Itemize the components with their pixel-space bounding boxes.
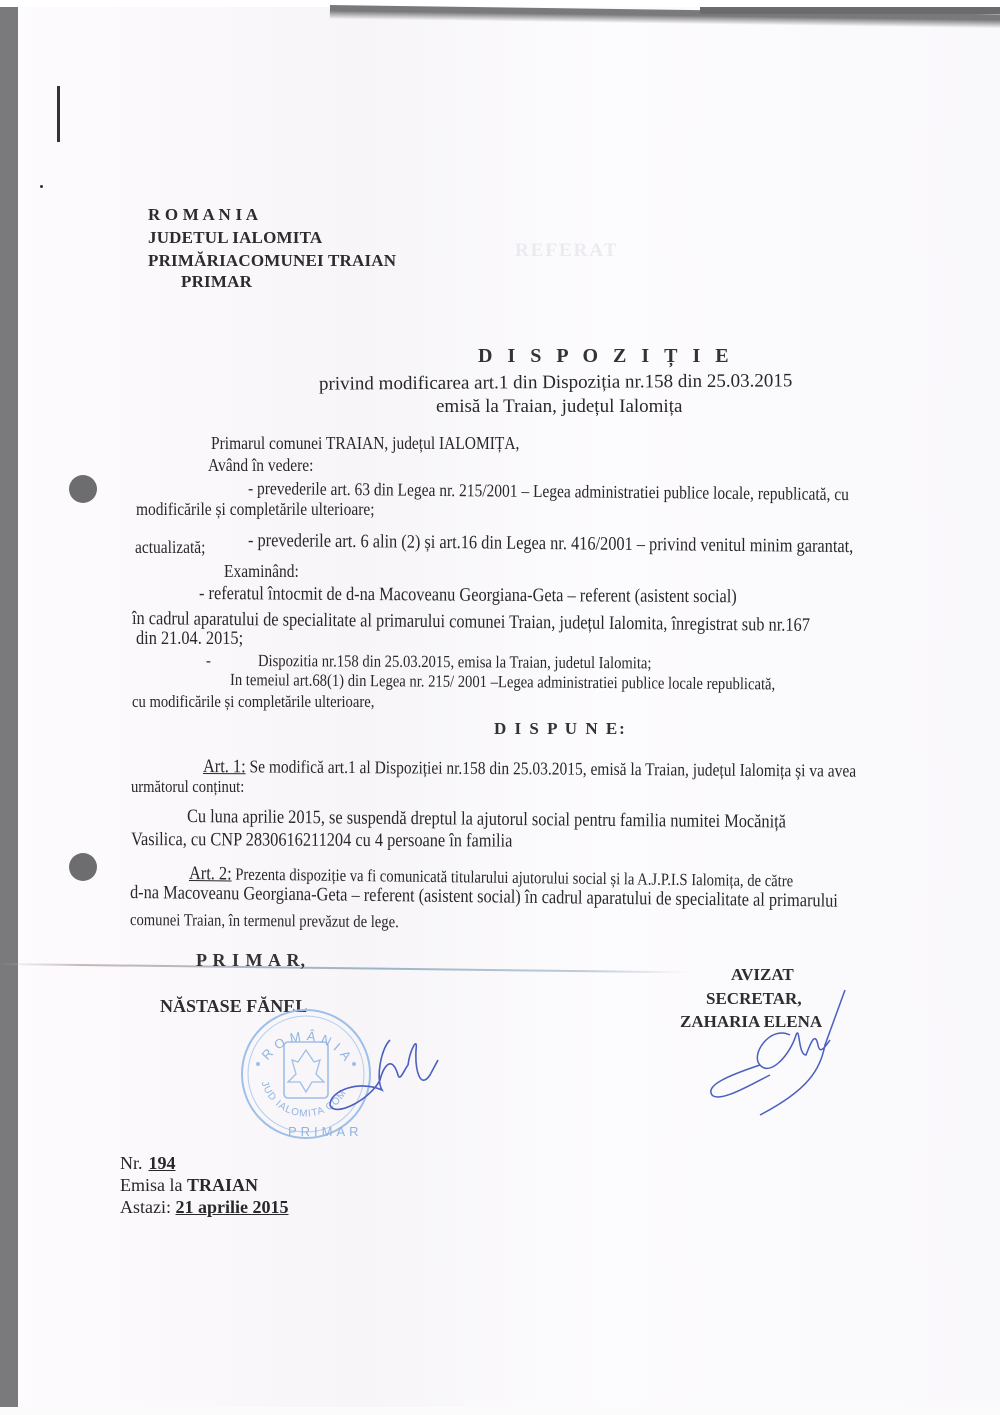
number-label: Nr. — [120, 1153, 143, 1173]
header-country: R O M A N I A — [148, 205, 258, 225]
art2-line3: comunei Traian, în termenul prevăzut de … — [130, 910, 399, 932]
stamp-bottom-text: PRIMAR — [288, 1124, 363, 1139]
number-line: Nr.194 — [120, 1153, 176, 1174]
ref2-line2: actualizată; — [135, 537, 205, 558]
header-institution: PRIMĂRIACOMUNEI TRAIAN — [148, 251, 396, 271]
mayor-line: Primarul comunei TRAIAN, județul IALOMIȚ… — [211, 433, 519, 454]
header-county: JUDETUL IALOMITA — [148, 228, 322, 248]
ghost-heading: REFERAT — [515, 240, 618, 262]
scan-left-edge — [0, 0, 18, 1408]
date-value: 21 aprilie 2015 — [176, 1197, 289, 1217]
secretary-signature — [700, 985, 850, 1135]
art1-text: Se modifică art.1 al Dispoziției nr.158 … — [246, 756, 857, 780]
mayor-signature — [320, 1020, 440, 1120]
ref3-line3: din 21.04. 2015; — [136, 628, 243, 650]
punch-hole-bottom — [69, 853, 97, 881]
examining-label: Examinând: — [224, 561, 299, 582]
issued-label: Emisa la — [120, 1175, 187, 1195]
number-value: 194 — [149, 1153, 176, 1173]
document-subtitle-line2: emisă la Traian, județul Ialomița — [436, 396, 682, 418]
decision-heading: D I S P U N E: — [494, 719, 627, 739]
ref1-line2: modificările și completările ulterioare; — [136, 499, 375, 520]
header-office: PRIMAR — [181, 272, 252, 292]
approved-label: AVIZAT — [731, 965, 794, 985]
date-label: Astazi: — [120, 1197, 176, 1217]
art1-line2: următorul conținut: — [131, 777, 244, 797]
document-subtitle-line1: privind modificarea art.1 din Dispoziția… — [319, 370, 792, 395]
art1-label: Art. 1: — [203, 756, 246, 777]
scan-bottom-margin — [0, 1407, 1000, 1415]
considering-label: Având în vedere: — [208, 455, 313, 476]
punch-hole-top — [69, 475, 97, 503]
document-title: D I S P O Z I Ț I E — [478, 345, 734, 368]
issued-place: TRAIAN — [187, 1175, 258, 1195]
date-line: Astazi: 21 aprilie 2015 — [120, 1197, 289, 1218]
scan-top-margin — [0, 0, 1000, 7]
staple-mark — [57, 86, 60, 142]
speck — [40, 185, 43, 188]
art1-line1: Art. 1: Se modifică art.1 al Dispoziției… — [203, 756, 856, 783]
ref3-line1: - referatul întocmit de d-na Macoveanu G… — [199, 583, 737, 608]
mayor-title: P R I M A R, — [196, 950, 306, 971]
ref4-dash: - — [206, 651, 211, 671]
art1-content-line2: Vasilica, cu CNP 2830616211204 cu 4 pers… — [131, 829, 512, 853]
basis-line2: cu modificările și completările ulterioa… — [132, 692, 374, 712]
scan-top-shadow-right — [700, 7, 1000, 14]
art2-label: Art. 2: — [189, 863, 232, 885]
issued-line: Emisa la TRAIAN — [120, 1175, 258, 1196]
